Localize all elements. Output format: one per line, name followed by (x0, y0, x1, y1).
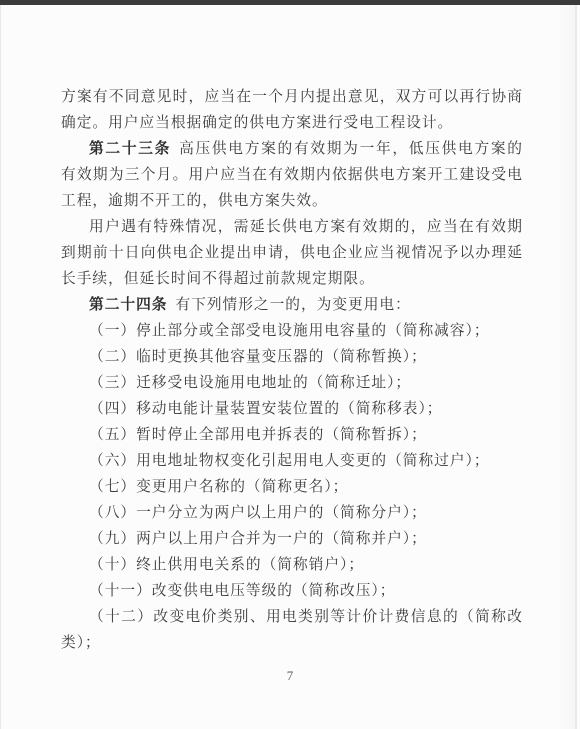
text-segment: 方案有不同意见时，应当在一个月内提出意见，双方可以再行协商 (61, 89, 523, 105)
text-line: 确定。用户应当根据确定的供电方案进行受电工程设计。 (61, 110, 523, 136)
text-segment: （五）暂时停止全部用电并拆表的（简称暂拆）； (89, 427, 427, 443)
text-line: （十）终止供用电关系的（简称销户）； (61, 552, 523, 578)
document-page: 方案有不同意见时，应当在一个月内提出意见，双方可以再行协商确定。用户应当根据确定… (0, 0, 580, 729)
text-segment: （三）迁移受电设施用电地址的（简称迁址）； (89, 375, 411, 391)
scan-right-edge (575, 5, 577, 729)
text-segment: 用户遇有特殊情况，需延长供电方案有效期的，应当在有效期 (89, 219, 523, 235)
text-line: （四）移动电能计量装置安装位置的（简称移表）； (61, 396, 523, 422)
text-segment: （一）停止部分或全部受电设施用电容量的（简称减容）； (89, 323, 490, 339)
text-segment: 长手续，但延长时间不得超过前款规定期限。 (61, 271, 375, 287)
text-line: （二）临时更换其他容量变压器的（简称暂换）； (61, 344, 523, 370)
text-segment: 有效期为三个月。用户应当在有效期内依据供电方案开工建设受电 (61, 167, 523, 183)
text-segment: 类）； (61, 635, 101, 651)
text-line: （一）停止部分或全部受电设施用电容量的（简称减容）； (61, 318, 523, 344)
text-line: 到期前十日向供电企业提出申请，供电企业应当视情况予以办理延 (61, 240, 523, 266)
text-line: 用户遇有特殊情况，需延长供电方案有效期的，应当在有效期 (61, 214, 523, 240)
scan-top-edge (0, 0, 580, 5)
text-segment: 高压供电方案的有效期为一年，低压供电方案的 (179, 141, 523, 157)
text-line: （九）两户以上用户合并为一户的（简称并户）； (61, 526, 523, 552)
text-segment: （七）变更用户名称的（简称更名）； (89, 479, 348, 495)
text-segment: （六）用电地址物权变化引起用电人变更的（简称过户）； (89, 453, 490, 469)
page-number: 7 (0, 668, 580, 684)
scan-right-shade (557, 5, 575, 729)
text-line: （七）变更用户名称的（简称更名）； (61, 474, 523, 500)
text-line: （六）用电地址物权变化引起用电人变更的（简称过户）； (61, 448, 523, 474)
text-segment: （八）一户分立为两户以上用户的（简称分户）； (89, 505, 427, 521)
text-line: 类）； (61, 630, 523, 656)
scan-left-edge (0, 5, 1, 729)
article-number-heading: 第二十三条 (89, 141, 171, 157)
text-line: （五）暂时停止全部用电并拆表的（简称暂拆）； (61, 422, 523, 448)
text-line: 第二十四条有下列情形之一的，为变更用电： (61, 292, 523, 318)
text-segment: （二）临时更换其他容量变压器的（简称暂换）； (89, 349, 427, 365)
article-number-heading: 第二十四条 (89, 297, 167, 313)
text-line: 有效期为三个月。用户应当在有效期内依据供电方案开工建设受电 (61, 162, 523, 188)
text-line: （十一）改变供电电压等级的（简称改压）； (61, 578, 523, 604)
text-segment: （十）终止供用电关系的（简称销户）； (89, 557, 364, 573)
text-segment: （十二）改变电价类别、用电类别等计价计费信息的（简称改 (89, 609, 523, 625)
text-segment: 确定。用户应当根据确定的供电方案进行受电工程设计。 (61, 115, 453, 131)
document-body: 方案有不同意见时，应当在一个月内提出意见，双方可以再行协商确定。用户应当根据确定… (61, 84, 523, 656)
text-line: （十二）改变电价类别、用电类别等计价计费信息的（简称改 (61, 604, 523, 630)
text-segment: （九）两户以上用户合并为一户的（简称并户）； (89, 531, 427, 547)
text-segment: 到期前十日向供电企业提出申请，供电企业应当视情况予以办理延 (61, 245, 523, 261)
text-segment: 工程，逾期不开工的，供电方案失效。 (61, 193, 328, 209)
text-segment: （四）移动电能计量装置安装位置的（简称移表）； (89, 401, 442, 417)
text-line: （八）一户分立为两户以上用户的（简称分户）； (61, 500, 523, 526)
text-line: 工程，逾期不开工的，供电方案失效。 (61, 188, 523, 214)
text-line: 长手续，但延长时间不得超过前款规定期限。 (61, 266, 523, 292)
text-line: 方案有不同意见时，应当在一个月内提出意见，双方可以再行协商 (61, 84, 523, 110)
text-line: （三）迁移受电设施用电地址的（简称迁址）； (61, 370, 523, 396)
text-segment: 有下列情形之一的，为变更用电： (175, 297, 410, 313)
text-segment: （十一）改变供电电压等级的（简称改压）； (89, 583, 395, 599)
text-line: 第二十三条高压供电方案的有效期为一年，低压供电方案的 (61, 136, 523, 162)
